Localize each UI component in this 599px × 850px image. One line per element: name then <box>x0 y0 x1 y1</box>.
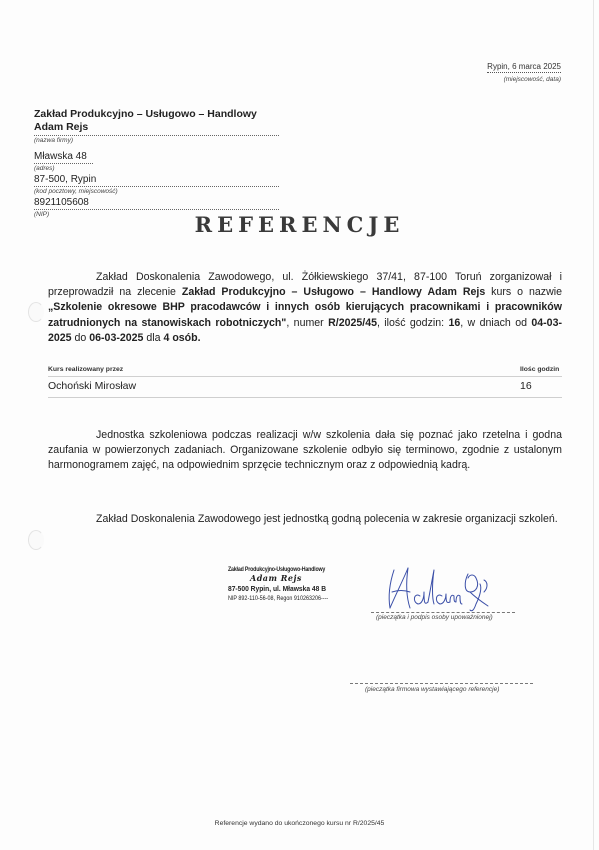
course-number: R/2025/45 <box>328 317 377 329</box>
company-postal-city-caption: (kod pocztowy, miejscowość) <box>34 187 279 196</box>
text: do <box>72 332 90 344</box>
text: kurs o nazwie <box>485 286 562 298</box>
paragraph-recommendation: Zakład Doskonalenia Zawodowego jest jedn… <box>48 512 562 527</box>
table-row: Ochoński Mirosław 16 <box>48 377 562 398</box>
text: dla <box>143 332 163 344</box>
header-hours: Ilośc godzin <box>520 366 562 373</box>
date-block: Rypin, 6 marca 2025 (miejscowość, data) <box>487 56 561 83</box>
date-caption: (miejscowość, data) <box>487 76 561 83</box>
trainer-name: Ochoński Mirosław <box>48 380 136 392</box>
date-value: Rypin, 6 marca 2025 <box>487 62 561 73</box>
trainer-hours: 16 <box>520 380 562 392</box>
company-postal-city: 87-500, Rypin <box>34 174 279 187</box>
ordering-company: Zakład Produkcyjno – Usługowo – Handlowy… <box>182 286 485 298</box>
stamp-address: 87-500 Rypin, ul. Mławska 48 B <box>228 584 356 594</box>
document-title: REFERENCJE <box>0 212 599 237</box>
page-edge <box>593 0 594 850</box>
handwritten-signature <box>384 562 494 614</box>
punch-hole <box>28 530 44 550</box>
text: Jednostka szkoleniowa podczas realizacji… <box>48 429 562 471</box>
end-date: 06-03-2025 <box>89 332 143 344</box>
paragraph-evaluation: Jednostka szkoleniowa podczas realizacji… <box>48 428 562 474</box>
text: Zakład Doskonalenia Zawodowego jest jedn… <box>96 513 558 525</box>
table-header: Kurs realizowany przez Ilośc godzin <box>48 366 562 377</box>
company-stamp-caption: (pieczątka firmowa wystawiającego refere… <box>365 686 499 693</box>
punch-hole <box>28 302 44 322</box>
text: , ilość godzin: <box>377 317 448 329</box>
company-stamp-line <box>350 683 533 684</box>
participants-count: 4 osób. <box>163 332 200 344</box>
recipient-company: Zakład Produkcyjno – Usługowo – Handlowy… <box>34 108 279 220</box>
company-name: Zakład Produkcyjno – Usługowo – Handlowy… <box>34 108 279 136</box>
signature-line <box>371 612 515 613</box>
signature-caption: (pieczątka i podpis osoby upoważnionej) <box>376 614 493 621</box>
trainer-table: Kurs realizowany przez Ilośc godzin Ocho… <box>48 366 562 398</box>
header-trainer: Kurs realizowany przez <box>48 366 123 373</box>
company-name-caption: (nazwa firmy) <box>34 136 279 145</box>
stamp-nip-regon: NIP 892-110-56-08, Regon 910263206---- <box>228 594 347 603</box>
text: , w dniach od <box>460 317 531 329</box>
company-nip: 8921105608 <box>34 197 279 210</box>
course-hours: 16 <box>448 317 460 329</box>
footer-note: Referencje wydano do ukończonego kursu n… <box>0 820 599 827</box>
stamp-company-name: Zakład Produkcyjno-Usługowo-Handlowy <box>228 566 347 573</box>
company-address: Mławska 48 <box>34 151 93 164</box>
company-address-caption: (adres) <box>34 164 279 173</box>
text: , numer <box>286 317 328 329</box>
company-stamp: Zakład Produkcyjno-Usługowo-Handlowy Ada… <box>228 566 373 603</box>
stamp-owner: Adam Rejs <box>228 573 373 584</box>
paragraph-intro: Zakład Doskonalenia Zawodowego, ul. Żółk… <box>48 270 562 346</box>
